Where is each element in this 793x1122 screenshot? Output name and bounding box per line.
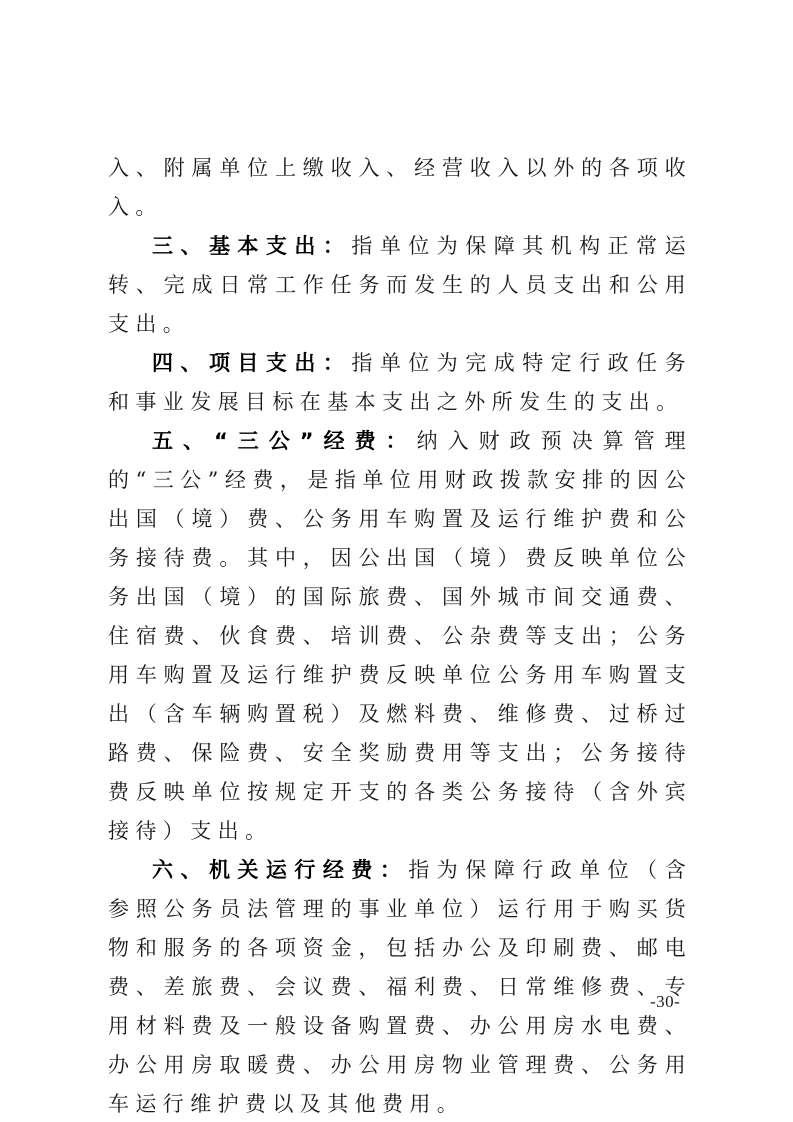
paragraph-operating-expenses: 六、机关运行经费：指为保障行政单位（含参照公务员法管理的事业单位）运行用于购买货… — [108, 851, 692, 1122]
term-heading: 三、基本支出： — [152, 234, 351, 258]
paragraph-continuation: 入、附属单位上缴收入、经营收入以外的各项收入。 — [108, 149, 692, 227]
paragraph-project-expenditure: 四、项目支出：指单位为完成特定行政任务和事业发展目标在基本支出之外所发生的支出。 — [108, 344, 692, 422]
paragraph-basic-expenditure: 三、基本支出：指单位为保障其机构正常运转、完成日常工作任务而发生的人员支出和公用… — [108, 227, 692, 344]
term-heading: 五、“三公”经费： — [152, 429, 417, 453]
term-heading: 四、项目支出： — [152, 351, 351, 375]
paragraph-text: 入、附属单位上缴收入、经营收入以外的各项收入。 — [108, 156, 692, 219]
document-body: 入、附属单位上缴收入、经营收入以外的各项收入。 三、基本支出：指单位为保障其机构… — [108, 149, 692, 1122]
paragraph-text: 纳入财政预决算管理的“三公”经费，是指单位用财政拨款安排的因公出国（境）费、公务… — [108, 429, 692, 843]
term-heading: 六、机关运行经费： — [152, 858, 408, 882]
paragraph-text: 指为保障行政单位（含参照公务员法管理的事业单位）运行用于购买货物和服务的各项资金… — [108, 858, 692, 1116]
page-number: -30- — [650, 992, 680, 1012]
paragraph-three-public-expenses: 五、“三公”经费：纳入财政预决算管理的“三公”经费，是指单位用财政拨款安排的因公… — [108, 422, 692, 851]
